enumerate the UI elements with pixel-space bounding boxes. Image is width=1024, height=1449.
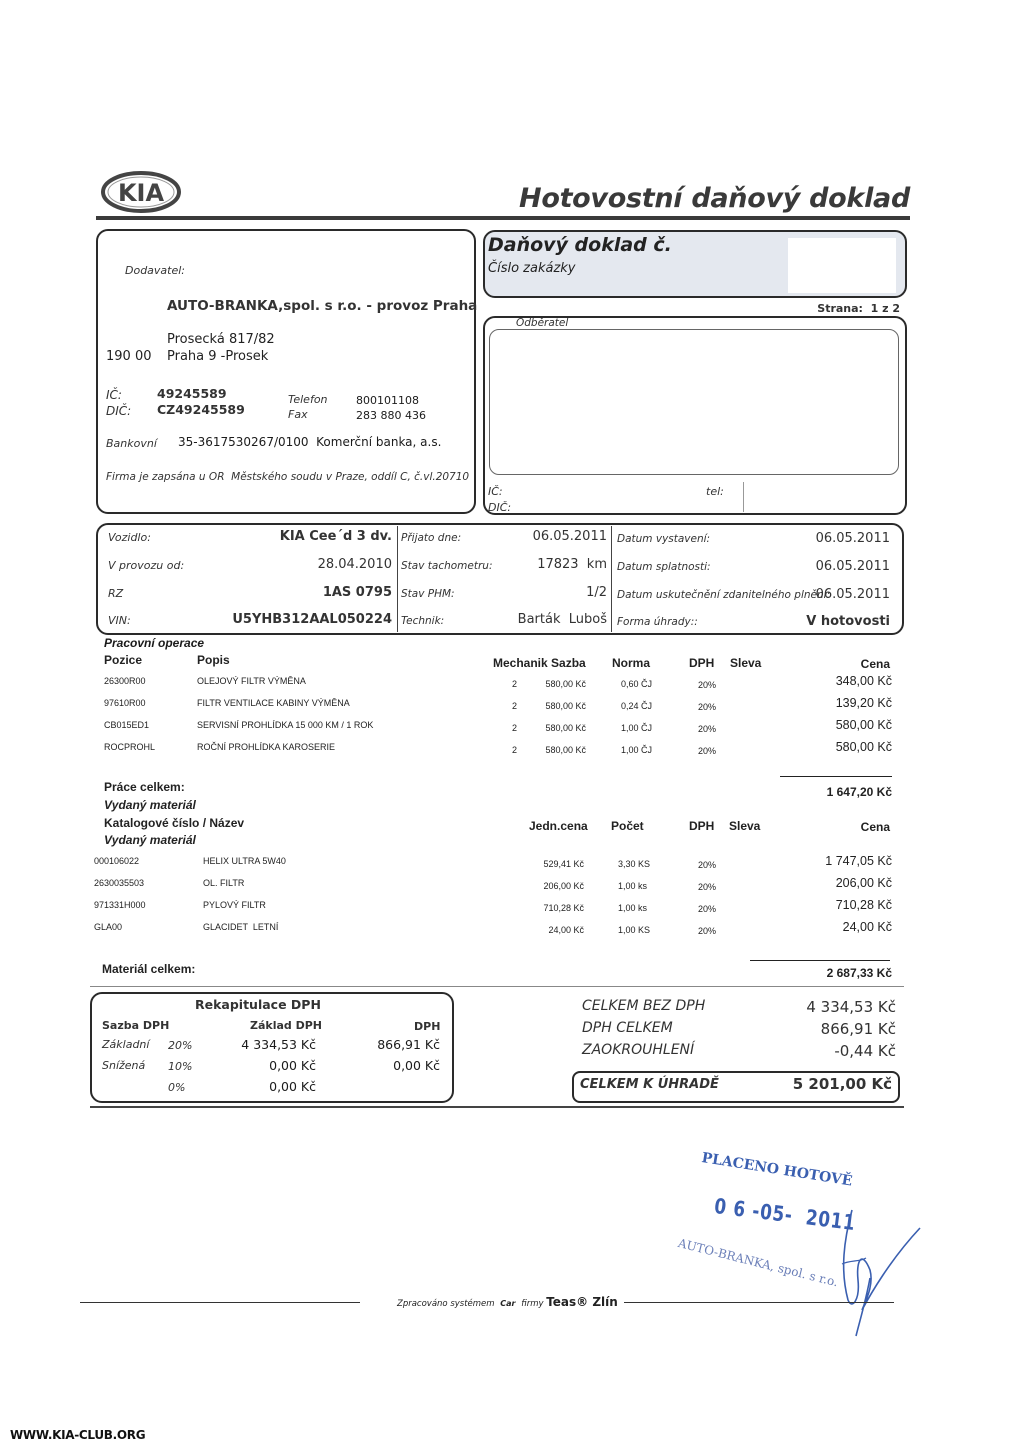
vehicle-value: 1/2 [480,585,607,600]
col-pocet: Počet [611,819,644,833]
labor-pozice: 97610R00 [104,698,146,708]
vat-amount: 866,91 Kč [340,1037,440,1052]
vehicle-label: Stav tachometru: [401,560,493,572]
labor-row: ROCPROHLROČNÍ PROHLÍDKA KAROSERIE2580,00… [0,740,1024,760]
vat-base: 0,00 Kč [220,1079,316,1094]
material-nazev: GLACIDET LETNÍ [203,922,278,932]
material-subtitle: Vydaný materiál [104,833,196,847]
labor-popis: SERVISNÍ PROHLÍDKA 15 000 KM / 1 ROK [197,720,373,730]
material-dph: 20% [698,882,716,892]
page-label: Strana: [817,302,863,315]
labor-mechanik: 2 [512,701,517,711]
material-cena: 206,00 Kč [770,876,892,890]
vat-base: 4 334,53 Kč [220,1037,316,1052]
labor-dph: 20% [698,702,716,712]
vehicle-value: 1AS 0795 [200,585,392,600]
labor-total-value: 1 647,20 Kč [760,785,892,799]
vehicle-label: Technik: [401,615,444,627]
totals-bottom-rule [90,1106,904,1108]
supplier-bank: 35-3617530267/0100 Komerční banka, a.s. [178,435,441,449]
supplier-phone: 800101108 [356,394,419,407]
col-cena: Cena [790,657,890,671]
col-sleva: Sleva [730,656,761,670]
supplier-ic: 49245589 [157,386,227,401]
material-pocet: 1,00 KS [618,925,650,935]
labor-row: CB015ED1SERVISNÍ PROHLÍDKA 15 000 KM / 1… [0,718,1024,738]
header-divider [96,216,910,220]
labor-sazba: 580,00 Kč [530,701,586,711]
col-pozice: Pozice [104,653,142,667]
material-pocet: 1,00 ks [618,903,647,913]
vehicle-value: 06.05.2011 [780,531,890,546]
labor-sazba: 580,00 Kč [530,745,586,755]
labor-dph: 20% [698,680,716,690]
vat-amount: 0,00 Kč [340,1058,440,1073]
vehicle-value: 06.05.2011 [780,559,890,574]
material-cena: 24,00 Kč [770,920,892,934]
total-value: -0,44 Kč [740,1042,896,1060]
vat-rate-name: Základní [102,1038,149,1051]
grand-total-value: 5 201,00 Kč [740,1075,892,1093]
labor-sazba: 580,00 Kč [530,723,586,733]
labor-pozice: 26300R00 [104,676,146,686]
car-system-logo-icon: Car [500,1299,515,1308]
col-dph: DPH [689,819,714,833]
supplier-zip: 190 00 [106,349,152,364]
material-cena: 1 747,05 Kč [770,854,892,868]
material-katalog: 2630035503 [94,878,144,888]
vat-rate-name: Snížená [102,1059,145,1072]
customer-dic-label: DIČ: [488,501,511,514]
material-katalog: 000106022 [94,856,139,866]
vehicle-label: Datum splatnosti: [617,561,711,573]
labor-row: 97610R00FILTR VENTILACE KABINY VÝMĚNA258… [0,696,1024,716]
col-katalog: Katalogové číslo / Název [104,816,244,830]
labor-mechanik: 2 [512,745,517,755]
material-total-value: 2 687,33 Kč [760,966,892,980]
col-jedn-cena: Jedn.cena [529,819,588,833]
signature-icon [800,1200,940,1340]
total-value: 4 334,53 Kč [740,998,896,1016]
labor-mechanik: 2 [512,723,517,733]
footer-vendor: Teas® Zlín [546,1295,618,1309]
vehicle-label: Datum vystavení: [617,533,710,545]
vat-rate: 0% [168,1081,185,1094]
vehicle-value: 28.04.2010 [200,557,392,572]
col-norma: Norma [612,656,650,670]
labor-section-title: Pracovní operace [104,636,204,650]
labor-total-label: Práce celkem: [104,780,185,794]
vehicle-col-divider [397,526,398,632]
customer-divider [743,482,744,512]
vehicle-value: V hotovosti [780,614,890,629]
labor-cena: 580,00 Kč [780,740,892,754]
col-dph: DPH [689,656,714,670]
vat-rate: 10% [168,1060,192,1073]
material-row: 2630035503OL. FILTR206,00 Kč1,00 ks20%20… [0,876,1024,896]
labor-mechanik: 2 [512,679,517,689]
page-value: 1 z 2 [871,302,900,315]
labor-popis: FILTR VENTILACE KABINY VÝMĚNA [197,698,350,708]
footer-processed-label: Zpracováno systémem [397,1299,495,1309]
material-jedn-cena: 529,41 Kč [520,859,584,869]
labor-norma: 0,24 ČJ [600,701,652,711]
material-nazev: PYLOVÝ FILTR [203,900,266,910]
labor-total-rule [780,776,892,777]
labor-popis: ROČNÍ PROHLÍDKA KAROSERIE [197,742,335,752]
grand-total-label: CELKEM K ÚHRADĚ [580,1077,719,1092]
col-cena: Cena [790,820,890,834]
footer-rule-right [624,1302,894,1303]
labor-dph: 20% [698,724,716,734]
supplier-bank-label: Bankovní [106,437,157,450]
supplier-dic: CZ49245589 [157,402,245,417]
material-section-title: Vydaný materiál [104,798,196,812]
col-popis: Popis [197,653,230,667]
labor-dph: 20% [698,746,716,756]
material-row: GLA00GLACIDET LETNÍ24,00 Kč1,00 KS20%24,… [0,920,1024,940]
vat-recap-title: Rekapitulace DPH [195,997,321,1012]
supplier-fax-label: Fax [288,408,308,421]
labor-row: 26300R00OLEJOVÝ FILTR VÝMĚNA2580,00 Kč0,… [0,674,1024,694]
labor-sazba: 580,00 Kč [530,679,586,689]
total-label: DPH CELKEM [582,1020,673,1036]
total-label: CELKEM BEZ DPH [582,998,705,1014]
labor-pozice: CB015ED1 [104,720,149,730]
vehicle-label: Přijato dne: [401,532,461,544]
material-nazev: OL. FILTR [203,878,244,888]
paid-stamp-text: PLACENO HOTOVĚ [700,1150,853,1190]
labor-pozice: ROCPROHL [104,742,155,752]
customer-ic-label: IČ: [488,485,503,498]
labor-norma: 1,00 ČJ [600,745,652,755]
material-row: 000106022HELIX ULTRA 5W40529,41 Kč3,30 K… [0,854,1024,874]
vat-col-zaklad: Základ DPH [250,1019,322,1032]
material-total-rule [750,960,890,961]
vehicle-value: U5YHB312AAL050224 [200,612,392,627]
vehicle-value: KIA Cee´d 3 dv. [200,529,392,544]
vehicle-value: Barták Luboš [480,612,607,627]
material-jedn-cena: 206,00 Kč [520,881,584,891]
supplier-registry: Firma je zapsána u OR Městského soudu v … [106,471,469,483]
customer-tel-label: tel: [706,485,724,498]
labor-cena: 348,00 Kč [780,674,892,688]
footer-rule-left [80,1302,360,1303]
supplier-phone-label: Telefon [288,393,328,406]
document-number-label: Daňový doklad č. [488,234,672,256]
vehicle-label: Stav PHM: [401,588,455,600]
labor-popis: OLEJOVÝ FILTR VÝMĚNA [197,676,306,686]
vat-base: 0,00 Kč [220,1058,316,1073]
material-dph: 20% [698,904,716,914]
vehicle-value: 06.05.2011 [780,587,890,602]
material-katalog: 971331H000 [94,900,146,910]
material-row: 971331H000PYLOVÝ FILTR710,28 Kč1,00 ks20… [0,898,1024,918]
redacted-number [788,238,896,293]
material-pocet: 1,00 ks [618,881,647,891]
labor-norma: 0,60 ČJ [600,679,652,689]
vehicle-value: 06.05.2011 [480,529,607,544]
vat-col-sazba: Sazba DPH [102,1019,169,1032]
col-mechanik-sazba: Mechanik Sazba [493,656,586,670]
section-divider [90,986,904,987]
supplier-label: Dodavatel: [125,264,185,277]
material-katalog: GLA00 [94,922,122,932]
material-total-label: Materiál celkem: [102,962,195,976]
supplier-city: Praha 9 -Prosek [167,349,268,364]
vehicle-label: V provozu od: [108,559,184,572]
labor-norma: 1,00 ČJ [600,723,652,733]
customer-address-area [489,329,899,475]
order-number-label: Číslo zakázky [488,261,576,276]
customer-label: Odběratel [516,317,568,329]
document-title: Hotovostní daňový doklad [420,183,910,214]
material-nazev: HELIX ULTRA 5W40 [203,856,286,866]
col-sleva: Sleva [729,819,760,833]
total-value: 866,91 Kč [740,1020,896,1038]
labor-cena: 580,00 Kč [780,718,892,732]
kia-logo-icon: KIA [100,170,182,214]
labor-cena: 139,20 Kč [780,696,892,710]
material-jedn-cena: 24,00 Kč [520,925,584,935]
supplier-ic-label: IČ: [106,388,122,402]
supplier-dic-label: DIČ: [106,404,131,418]
vehicle-label: RZ [108,587,123,600]
footer-firm-label: firmy [521,1299,543,1309]
material-dph: 20% [698,860,716,870]
vehicle-label: VIN: [108,614,131,627]
svg-text:KIA: KIA [118,179,165,207]
material-jedn-cena: 710,28 Kč [520,903,584,913]
watermark: WWW.KIA-CLUB.ORG [10,1428,145,1442]
material-dph: 20% [698,926,716,936]
material-pocet: 3,30 KS [618,859,650,869]
vat-rate: 20% [168,1039,192,1052]
vat-col-dph: DPH [414,1020,440,1033]
material-cena: 710,28 Kč [770,898,892,912]
supplier-name: AUTO-BRANKA,spol. s r.o. - provoz Praha [167,298,477,314]
supplier-fax: 283 880 436 [356,409,426,422]
page-indicator: Strana: 1 z 2 [760,302,900,315]
vehicle-label: Forma úhrady:: [617,616,698,628]
vehicle-label: Vozidlo: [108,531,151,544]
vehicle-value: 17823 km [480,557,607,572]
footer-processed: Zpracováno systémem Car firmy Teas® Zlín [397,1295,618,1309]
supplier-street: Prosecká 817/82 [167,332,275,347]
total-label: ZAOKROUHLENÍ [582,1042,694,1058]
vehicle-col-divider [611,526,612,632]
